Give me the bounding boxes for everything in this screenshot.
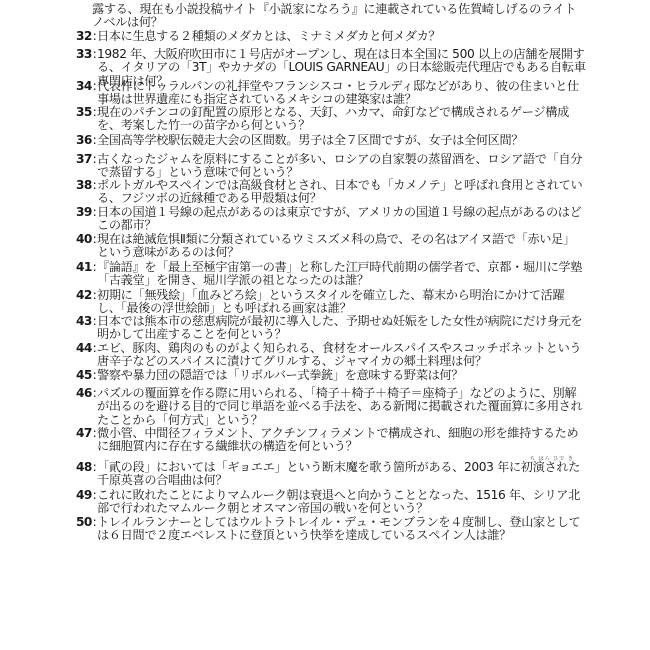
question-46: 46:パズルの覆面算を作る際に用いられる、「椅子＋椅子＋椅子＝座椅子」などのよう… <box>76 387 586 427</box>
question-47: 47:微小管、中間径フィラメント、アクチンフィラメントで構成され、細胞の形を維持… <box>76 427 586 454</box>
question-text: 日本の国道１号線の起点があるのは東京ですが、アメリカの国道１号線の起点があるのは… <box>97 206 586 233</box>
question-50: 50:トレイルランナーとしてはウルトラトレイル・デュ・モンブランを４度制し、登山… <box>76 516 586 543</box>
question-38: 38:ポルトガルやスペインでは高級食材とされ、日本でも「カメノテ」と呼ばれ食用と… <box>76 179 586 206</box>
question-number: 49 <box>76 489 92 516</box>
question-text: 全国高等学校駅伝競走大会の区間数。男子は全７区間ですが、女子は全何区間？ <box>97 134 586 147</box>
quiz-page: 露する、現在も小説投稿サイト『小説家になろう』に連載されている佐賀崎しげるのライ… <box>0 0 650 650</box>
question-number: 37 <box>76 153 92 180</box>
question-text: これに敗れたことによりマムルーク朝は衰退へと向かうこととなった、1516 年、シ… <box>97 489 586 516</box>
question-text: 古くなったジャムを原料にすることが多い、ロシアの自家製の蒸留酒を、ロシア語で「自… <box>97 153 586 180</box>
question-number: 43 <box>76 315 92 342</box>
question-number: 32 <box>76 30 92 43</box>
question-text: パズルの覆面算を作る際に用いられる、「椅子＋椅子＋椅子＝座椅子」などのように、別… <box>97 387 586 427</box>
question-36: 36:全国高等学校駅伝競走大会の区間数。男子は全７区間ですが、女子は全何区間？ <box>76 134 586 147</box>
question-41: 41:『論語』を「最上至極宇宙第一の書」と称した江戸時代前期の儒学者で、京都・堀… <box>76 261 586 288</box>
ruby-annotation: ち はら ひで き <box>530 455 574 462</box>
question-number: 50 <box>76 516 92 543</box>
question-48: 48:「貳の段」においては「ギョエエ」という断末魔を歌う箇所がある、2003 年… <box>76 461 586 488</box>
question-text: 現在は絶滅危惧Ⅱ類に分類されているウミスズメ科の鳥で、その名はアイヌ語で「赤い足… <box>97 233 586 260</box>
question-text: 日本に生息する２種類のメダカとは、ミナミメダカと何メダカ？ <box>97 30 586 43</box>
question-number: 40 <box>76 233 92 260</box>
question-32: 32:日本に生息する２種類のメダカとは、ミナミメダカと何メダカ？ <box>76 30 586 43</box>
question-text: トレイルランナーとしてはウルトラトレイル・デュ・モンブランを４度制し、登山家とし… <box>97 516 586 543</box>
question-39: 39:日本の国道１号線の起点があるのは東京ですが、アメリカの国道１号線の起点があ… <box>76 206 586 233</box>
question-text: エビ、豚肉、鶏肉のものがよく知られる、食材をオールスパイスやスコッチボネットとい… <box>97 342 586 369</box>
question-number: 38 <box>76 179 92 206</box>
question-number: 34 <box>76 80 92 107</box>
question-number: 42 <box>76 289 92 316</box>
question-text: ポルトガルやスペインでは高級食材とされ、日本でも「カメノテ」と呼ばれ食用とされて… <box>97 179 586 206</box>
question-text: 『論語』を「最上至極宇宙第一の書」と称した江戸時代前期の儒学者で、京都・堀川に学… <box>97 261 586 288</box>
question-text: 微小管、中間径フィラメント、アクチンフィラメントで構成され、細胞の形を維持するた… <box>97 427 586 454</box>
question-number: 39 <box>76 206 92 233</box>
question-text: 「貳の段」においては「ギョエエ」という断末魔を歌う箇所がある、2003 年に初演… <box>97 461 586 488</box>
question-35: 35:現在のパチンコの釘配置の原形となる、天釘、ハカマ、命釘などで構成されるゲー… <box>76 106 586 133</box>
question-text: 代表作にトゥラルパンの礼拝堂やフランシスコ・ヒラルディ邸などがあり、彼の住まいと… <box>97 80 586 107</box>
question-number: 46 <box>76 387 92 427</box>
question-number: 48 <box>76 461 92 488</box>
question-45: 45:警察や暴力団の隠語では「リボルバー式拳銃」を意味する野菜は何？ <box>76 369 586 382</box>
question-text: 日本では熊本市の慈恵病院が最初に導入した、予期せぬ妊娠をした女性が病院にだけ身元… <box>97 315 586 342</box>
question-number: 44 <box>76 342 92 369</box>
question-40: 40:現在は絶滅危惧Ⅱ類に分類されているウミスズメ科の鳥で、その名はアイヌ語で「… <box>76 233 586 260</box>
question-text: 警察や暴力団の隠語では「リボルバー式拳銃」を意味する野菜は何？ <box>97 369 586 382</box>
question-42: 42:初期に「無残絵」「血みどろ絵」というスタイルを確立した、幕末から明治にかけ… <box>76 289 586 316</box>
question-44: 44:エビ、豚肉、鶏肉のものがよく知られる、食材をオールスパイスやスコッチボネッ… <box>76 342 586 369</box>
question-number: 36 <box>76 134 92 147</box>
question-43: 43:日本では熊本市の慈恵病院が最初に導入した、予期せぬ妊娠をした女性が病院にだ… <box>76 315 586 342</box>
question-34: 34:代表作にトゥラルパンの礼拝堂やフランシスコ・ヒラルディ邸などがあり、彼の住… <box>76 80 586 107</box>
question-49: 49:これに敗れたことによりマムルーク朝は衰退へと向かうこととなった、1516 … <box>76 489 586 516</box>
question-text: 現在のパチンコの釘配置の原形となる、天釘、ハカマ、命釘などで構成されるゲージ構成… <box>97 106 586 133</box>
question-number: 41 <box>76 261 92 288</box>
question-number: 35 <box>76 106 92 133</box>
question-number: 45 <box>76 369 92 382</box>
question-text: 初期に「無残絵」「血みどろ絵」というスタイルを確立した、幕末から明治にかけて活躍… <box>97 289 586 316</box>
question-number: 47 <box>76 427 92 454</box>
continuation-text: 露する、現在も小説投稿サイト『小説家になろう』に連載されている佐賀崎しげるのライ… <box>92 3 586 30</box>
question-37: 37:古くなったジャムを原料にすることが多い、ロシアの自家製の蒸留酒を、ロシア語… <box>76 153 586 180</box>
